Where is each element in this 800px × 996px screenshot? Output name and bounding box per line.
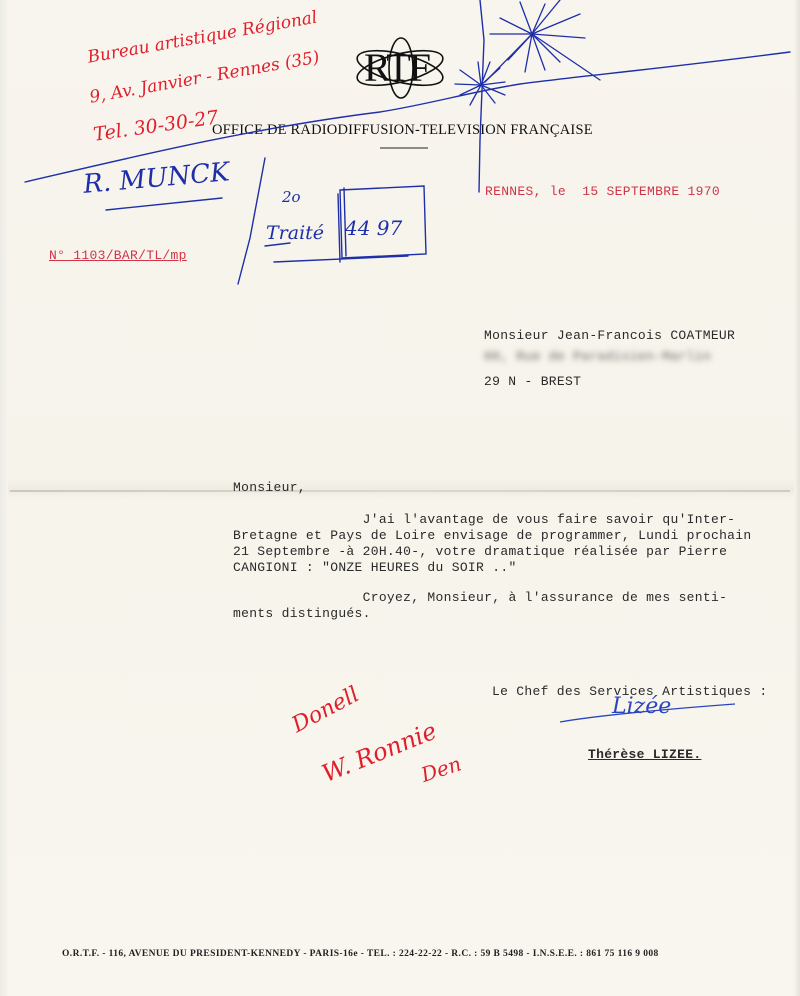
signature-stroke-icon: [0, 0, 800, 996]
handwritten-signature: Lizée: [612, 694, 671, 719]
letter-page: RTF OFFICE DE RADIODIFFUSION-TELEVISION …: [0, 0, 800, 996]
signatory-name: Thérèse LIZEE.: [588, 747, 701, 762]
letter-footer: O.R.T.F. - 116, AVENUE DU PRESIDENT-KENN…: [62, 949, 659, 959]
